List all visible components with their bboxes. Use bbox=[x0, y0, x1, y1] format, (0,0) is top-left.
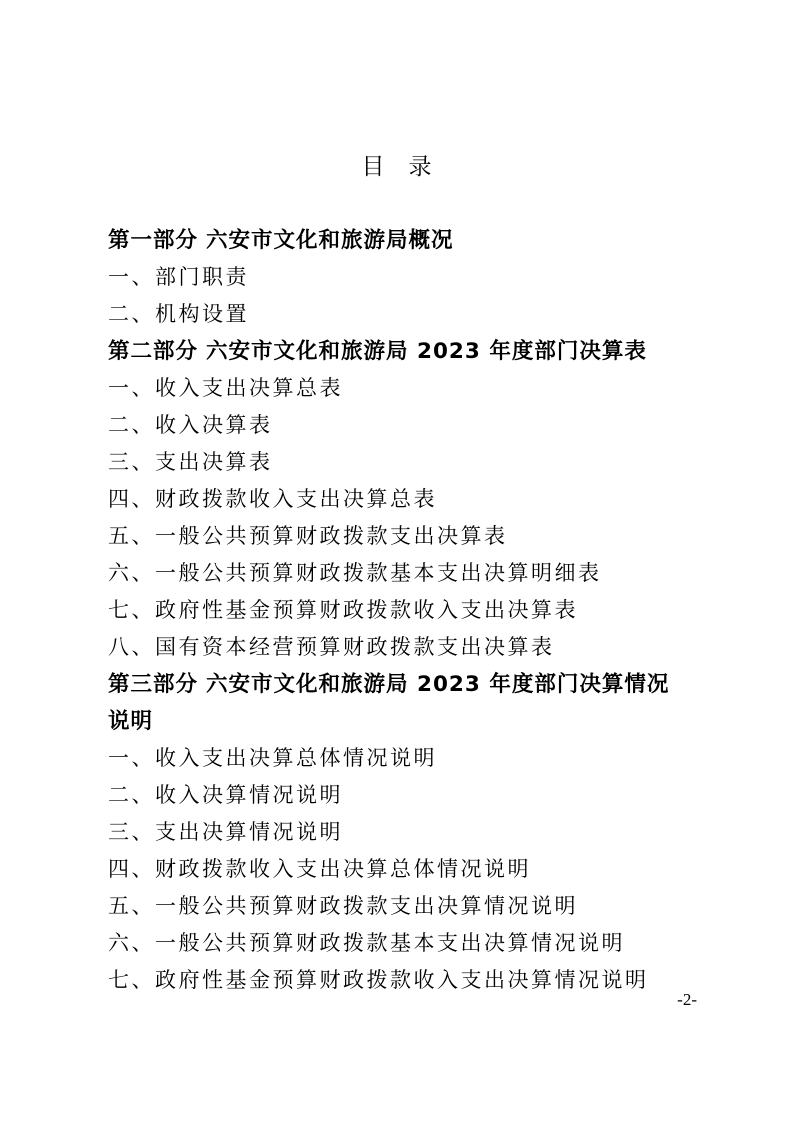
toc-item[interactable]: 八、国有资本经营预算财政拨款支出决算表 bbox=[108, 629, 708, 666]
document-page: 目录 第一部分六安市文化和旅游局概况 一、部门职责 二、机构设置 第二部分六安市… bbox=[0, 0, 793, 1122]
toc-item[interactable]: 四、财政拨款收入支出决算总表 bbox=[108, 481, 708, 518]
part-label: 第一部分 bbox=[108, 228, 198, 253]
toc-item[interactable]: 二、收入决算表 bbox=[108, 407, 708, 444]
toc-item[interactable]: 一、收入支出决算总体情况说明 bbox=[108, 740, 708, 777]
toc-part-3-heading[interactable]: 第三部分六安市文化和旅游局 2023 年度部门决算情况 bbox=[108, 666, 708, 703]
part-heading: 六安市文化和旅游局 2023 年度部门决算情况 bbox=[206, 672, 669, 697]
part-label: 第二部分 bbox=[108, 339, 198, 364]
toc-item[interactable]: 二、机构设置 bbox=[108, 296, 708, 333]
toc-item[interactable]: 六、一般公共预算财政拨款基本支出决算情况说明 bbox=[108, 925, 708, 962]
toc-title-char-1: 目 bbox=[362, 154, 385, 180]
toc-item[interactable]: 五、一般公共预算财政拨款支出决算情况说明 bbox=[108, 888, 708, 925]
toc-item[interactable]: 二、收入决算情况说明 bbox=[108, 777, 708, 814]
toc-item[interactable]: 七、政府性基金预算财政拨款收入支出决算表 bbox=[108, 592, 708, 629]
part-heading: 六安市文化和旅游局概况 bbox=[206, 228, 454, 253]
table-of-contents: 第一部分六安市文化和旅游局概况 一、部门职责 二、机构设置 第二部分六安市文化和… bbox=[108, 222, 708, 999]
toc-part-2-heading[interactable]: 第二部分六安市文化和旅游局 2023 年度部门决算表 bbox=[108, 333, 708, 370]
toc-title-char-2: 录 bbox=[409, 154, 432, 180]
part-label: 第三部分 bbox=[108, 672, 198, 697]
toc-item[interactable]: 五、一般公共预算财政拨款支出决算表 bbox=[108, 518, 708, 555]
toc-item[interactable]: 三、支出决算表 bbox=[108, 444, 708, 481]
toc-part-1-heading[interactable]: 第一部分六安市文化和旅游局概况 bbox=[108, 222, 708, 259]
toc-item[interactable]: 七、政府性基金预算财政拨款收入支出决算情况说明 bbox=[108, 962, 708, 999]
toc-item[interactable]: 一、收入支出决算总表 bbox=[108, 370, 708, 407]
toc-item[interactable]: 六、一般公共预算财政拨款基本支出决算明细表 bbox=[108, 555, 708, 592]
page-number: -2- bbox=[677, 990, 697, 1010]
toc-item[interactable]: 四、财政拨款收入支出决算总体情况说明 bbox=[108, 851, 708, 888]
toc-item[interactable]: 一、部门职责 bbox=[108, 259, 708, 296]
toc-part-3-heading-continued[interactable]: 说明 bbox=[108, 703, 708, 740]
toc-item[interactable]: 三、支出决算情况说明 bbox=[108, 814, 708, 851]
part-heading: 六安市文化和旅游局 2023 年度部门决算表 bbox=[206, 339, 647, 364]
toc-title: 目录 bbox=[0, 150, 793, 184]
